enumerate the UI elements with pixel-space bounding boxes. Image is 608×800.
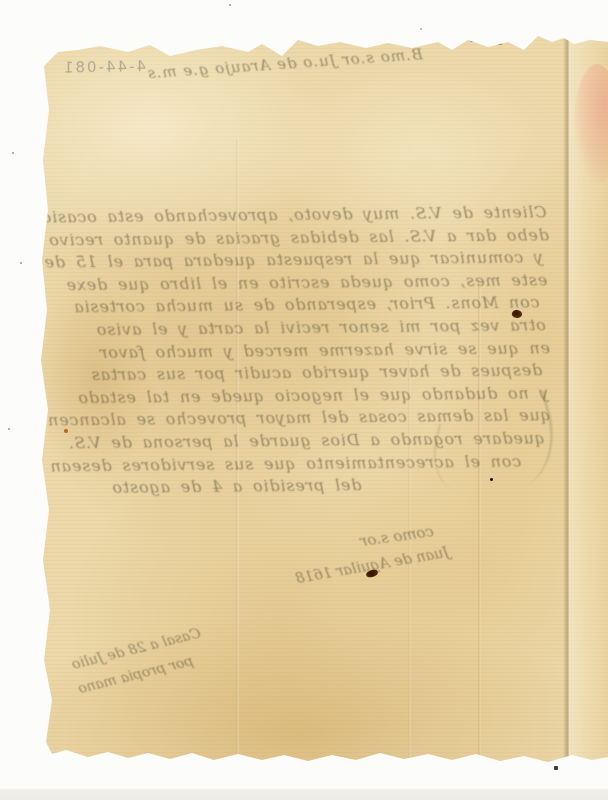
rust-speck (64, 429, 68, 433)
fold-line (563, 36, 573, 762)
dust-speck (554, 766, 558, 770)
bleed-through-address: Casal a 28 de Juliopor propia mano (44, 622, 209, 709)
dust-speck (229, 4, 231, 6)
dust-speck (8, 428, 10, 430)
tear-edge-speck (498, 43, 502, 45)
tear-edge-speck (520, 46, 524, 48)
bleed-through-signature-1: como s.or (347, 522, 435, 552)
tear-edge-speck (470, 40, 475, 42)
bleed-through-line: con el acrecentamiento que sus servidore… (37, 450, 521, 478)
bleed-through-body: Cliente de V.S. muy devoto, aprovechando… (34, 201, 551, 500)
bleed-through-line: del presidio a 4 de agosto (37, 474, 361, 500)
bleed-through-header: B.mo s.or Ju.o de Araujo g.e m.s (168, 45, 424, 81)
archival-number-pencil: 4-44-081 (50, 57, 146, 77)
dust-speck (12, 152, 14, 154)
bleed-through-signature-2: Juan de Aguilar 1618 (318, 545, 451, 584)
dust-speck (420, 28, 422, 30)
manuscript-page: 4-44-081 B.mo s.or Ju.o de Araujo g.e m.… (0, 0, 608, 800)
scanner-bed: 4-44-081 B.mo s.or Ju.o de Araujo g.e m.… (0, 0, 608, 800)
ink-speck (490, 478, 493, 481)
scanner-edge-band (0, 789, 608, 800)
dust-speck (20, 262, 22, 264)
